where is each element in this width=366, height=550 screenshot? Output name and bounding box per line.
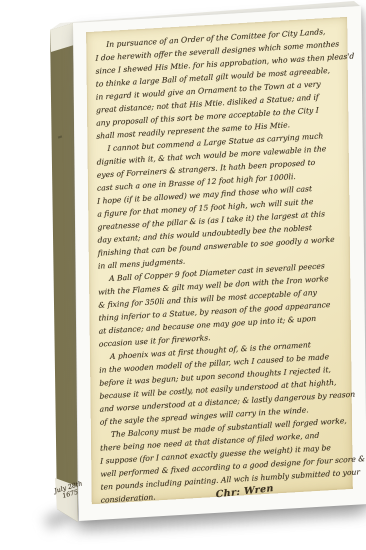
canvas-front-face: In pursuance of an Order of the Comittee…	[73, 6, 366, 521]
canvas-print-scene: In pursuance of an Order of the Comittee…	[0, 0, 366, 550]
letter-paper: In pursuance of an Order of the Comittee…	[86, 17, 353, 504]
letter-text: In pursuance of an Order of the Comittee…	[95, 24, 350, 504]
letter-closing-line: consideration.	[101, 490, 156, 506]
